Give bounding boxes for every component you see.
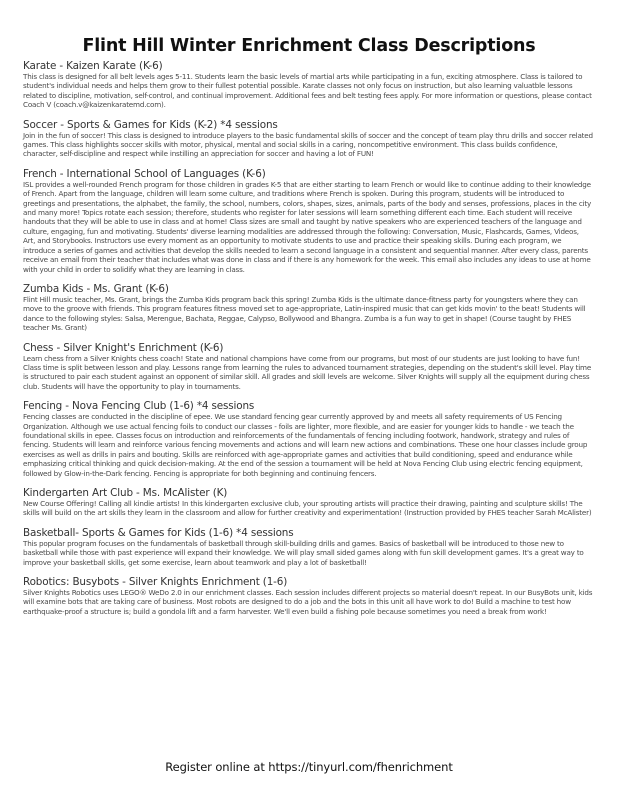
page-title: Flint Hill Winter Enrichment Class Descr… [0, 36, 618, 56]
class-description: Silver Knights Robotics uses LEGO® WeDo … [23, 588, 593, 616]
class-robotics: Robotics: Busybots - Silver Knights Enri… [23, 576, 593, 616]
class-description: Join in the fun of soccer! This class is… [23, 131, 593, 159]
class-karate: Karate - Kaizen Karate (K-6) This class … [23, 60, 593, 110]
class-fencing: Fencing - Nova Fencing Club (1-6) *4 ses… [23, 400, 593, 478]
class-heading: Chess - Silver Knight's Enrichment (K-6) [23, 342, 593, 354]
class-description: Learn chess from a Silver Knights chess … [23, 354, 593, 392]
document-page: Flint Hill Winter Enrichment Class Descr… [0, 0, 618, 800]
class-heading: French - International School of Languag… [23, 168, 593, 180]
class-french: French - International School of Languag… [23, 168, 593, 274]
class-heading: Basketball- Sports & Games for Kids (1-6… [23, 527, 593, 539]
class-chess: Chess - Silver Knight's Enrichment (K-6)… [23, 342, 593, 392]
class-description: New Course Offering! Calling all kindie … [23, 499, 593, 518]
class-soccer: Soccer - Sports & Games for Kids (K-2) *… [23, 119, 593, 159]
class-heading: Robotics: Busybots - Silver Knights Enri… [23, 576, 593, 588]
class-basketball: Basketball- Sports & Games for Kids (1-6… [23, 527, 593, 567]
class-list: Karate - Kaizen Karate (K-6) This class … [23, 60, 593, 625]
registration-footer: Register online at https://tinyurl.com/f… [0, 760, 618, 774]
class-heading: Karate - Kaizen Karate (K-6) [23, 60, 593, 72]
class-description: ISL provides a well-rounded French progr… [23, 180, 593, 274]
class-heading: Kindergarten Art Club - Ms. McAlister (K… [23, 487, 593, 499]
class-zumba: Zumba Kids - Ms. Grant (K-6) Flint Hill … [23, 283, 593, 333]
class-description: Fencing classes are conducted in the dis… [23, 412, 593, 478]
class-description: Flint Hill music teacher, Ms. Grant, bri… [23, 295, 593, 333]
class-heading: Soccer - Sports & Games for Kids (K-2) *… [23, 119, 593, 131]
class-description: This class is designed for all belt leve… [23, 72, 593, 110]
class-heading: Zumba Kids - Ms. Grant (K-6) [23, 283, 593, 295]
class-kindergarten-art: Kindergarten Art Club - Ms. McAlister (K… [23, 487, 593, 518]
class-description: This popular program focuses on the fund… [23, 539, 593, 567]
class-heading: Fencing - Nova Fencing Club (1-6) *4 ses… [23, 400, 593, 412]
